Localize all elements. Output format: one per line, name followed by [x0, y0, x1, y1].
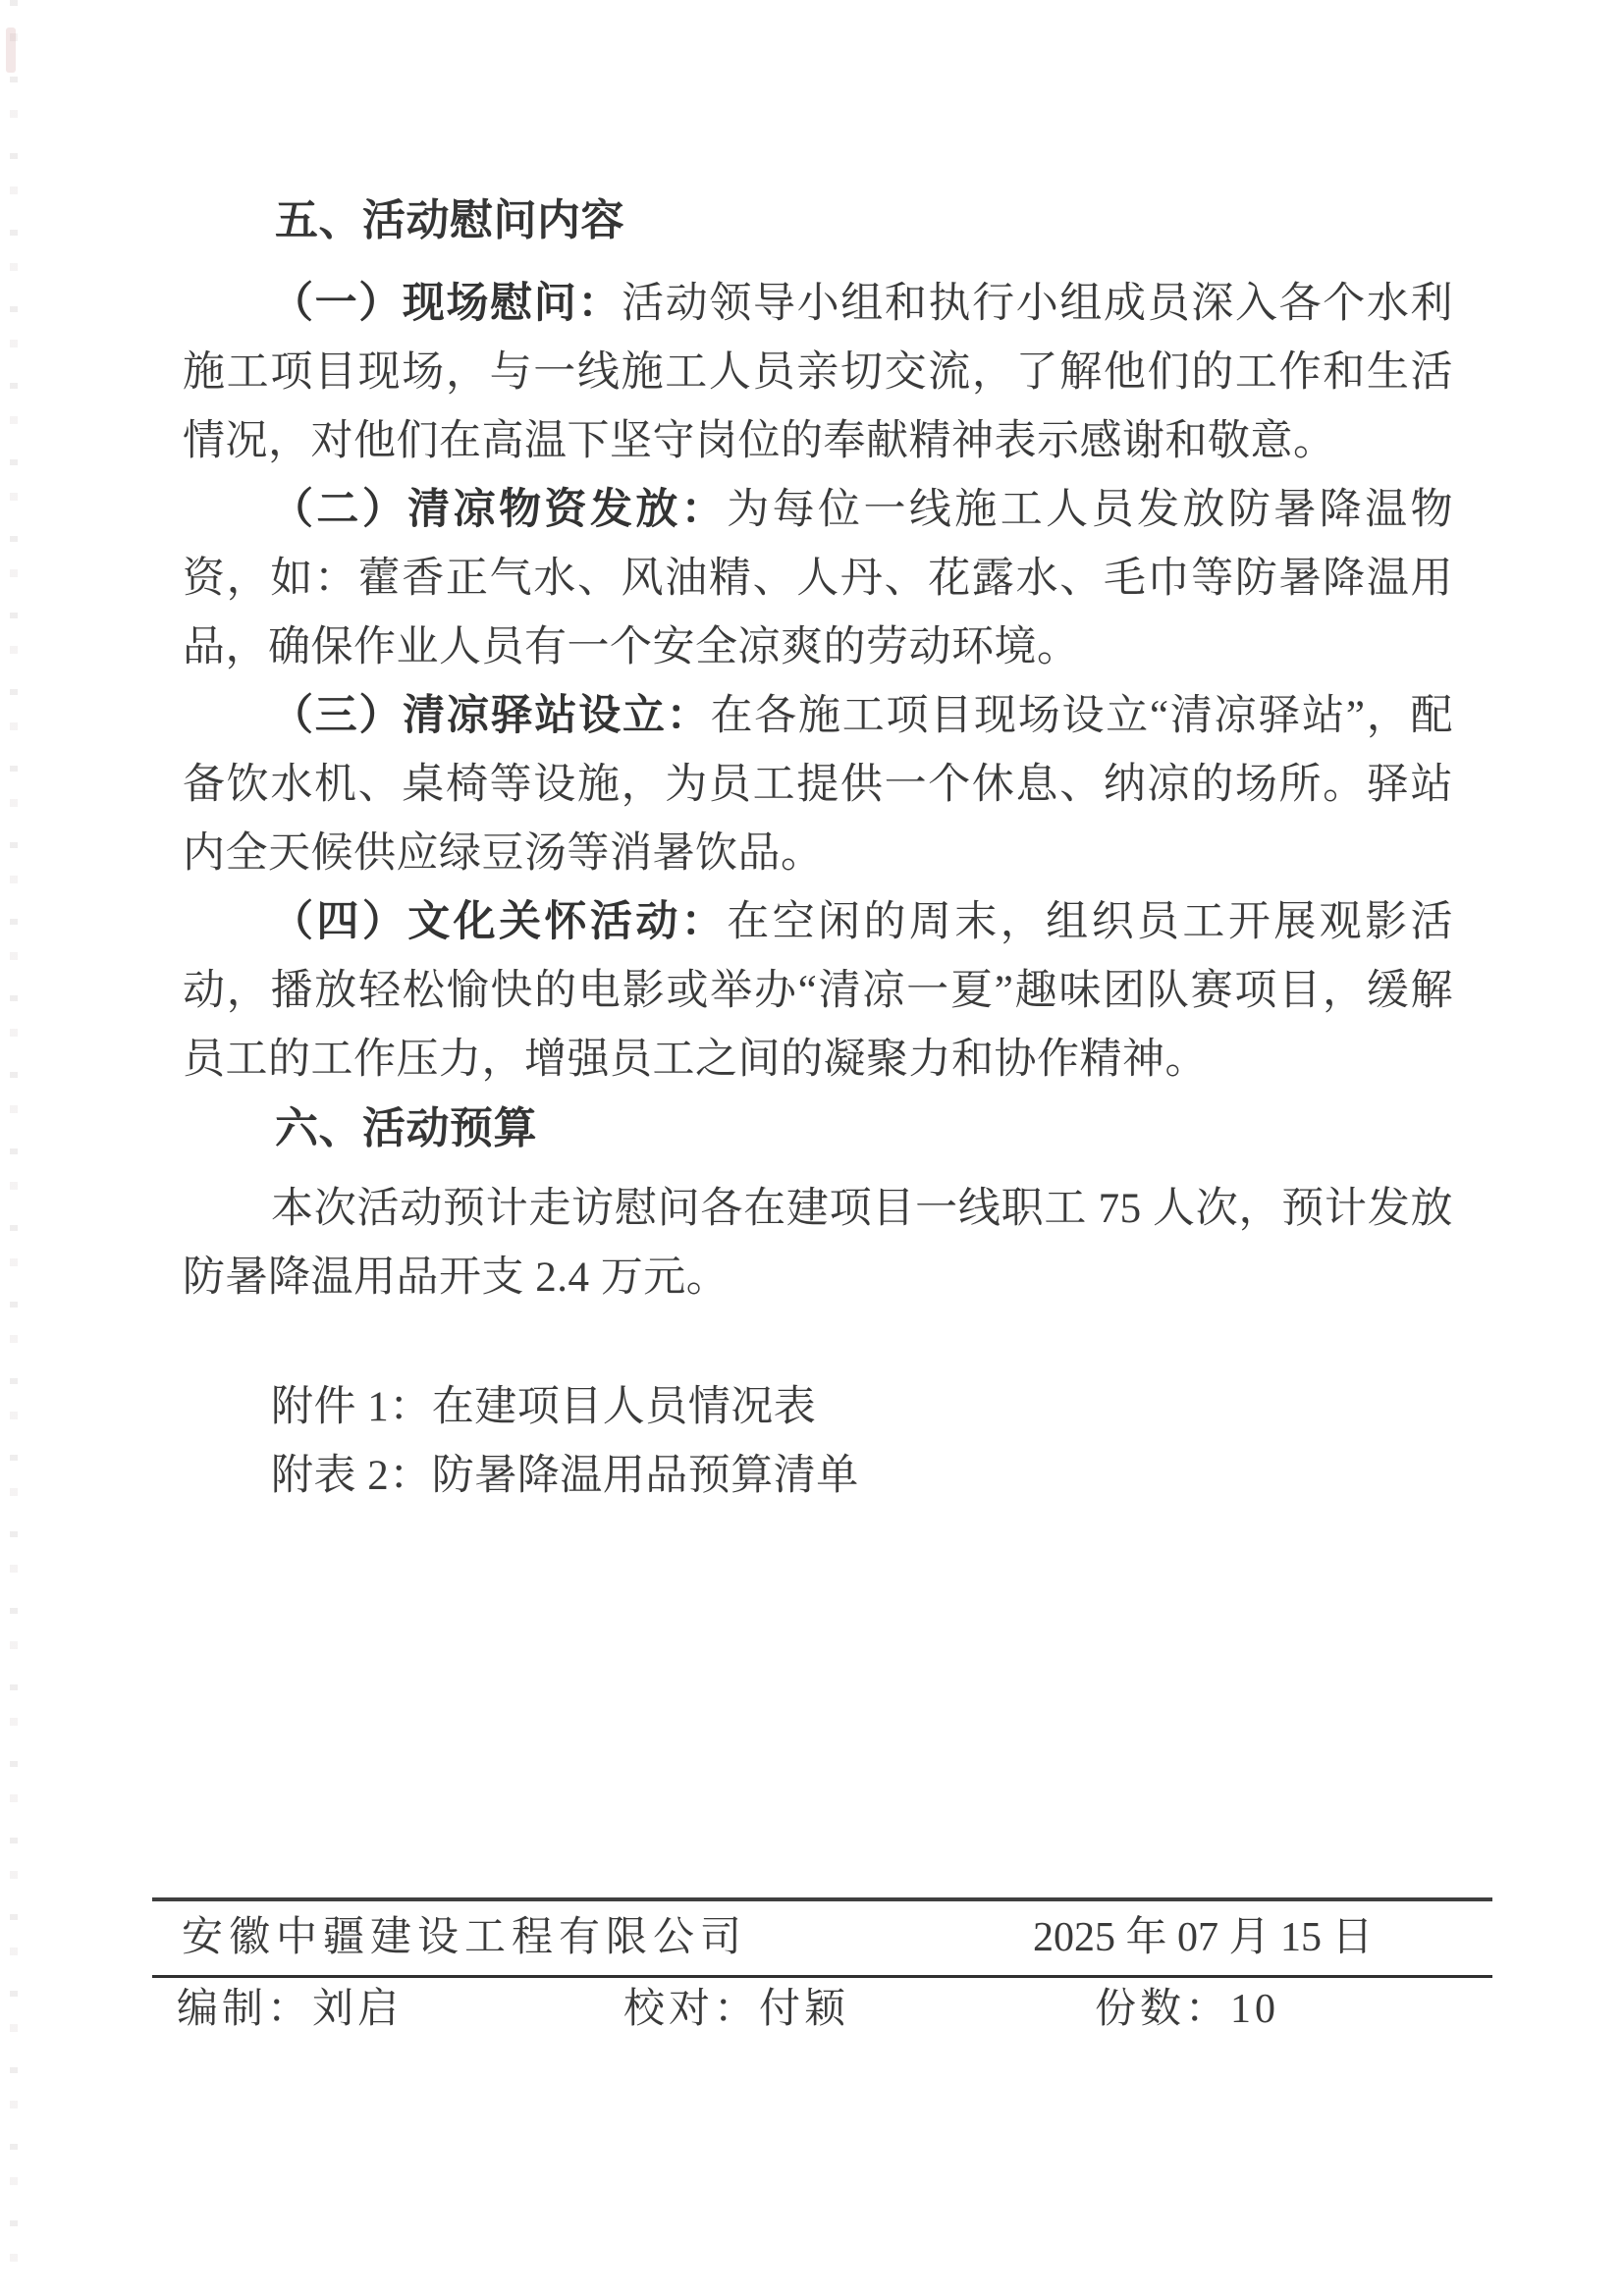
footer-date: 2025 年 07 月 15 日: [1033, 1901, 1374, 1975]
footer-copies: 份数：10: [1095, 1978, 1279, 2041]
paragraph-2-lead: （二）清凉物资发放：: [271, 487, 727, 533]
document-body: 五、活动慰问内容 （一）现场慰问：活动领导小组和执行小组成员深入各个水利施工项目…: [183, 0, 1453, 1511]
section-5-paragraph-2: （二）清凉物资发放：为每位一线施工人员发放防暑降温物资，如：藿香正气水、风油精、…: [183, 476, 1453, 682]
footer-row-credits: 编制：刘启 校对：付颖 份数：10: [152, 1978, 1492, 2047]
section-5-paragraph-4: （四）文化关怀活动：在空闲的周末，组织员工开展观影活动，播放轻松愉快的电影或举办…: [183, 888, 1453, 1095]
paragraph-1-lead: （一）现场慰问：: [271, 281, 622, 327]
section-6-paragraph: 本次活动预计走访慰问各在建项目一线职工 75 人次，预计发放防暑降温用品开支 2…: [183, 1175, 1453, 1312]
footer-company: 安徽中疆建设工程有限公司: [182, 1901, 747, 1975]
attachment-line-1: 附件 1：在建项目人员情况表: [183, 1373, 1453, 1442]
attachments-block: 附件 1：在建项目人员情况表 附表 2：防暑降温用品预算清单: [183, 1373, 1453, 1511]
paragraph-4-lead: （四）文化关怀活动：: [271, 899, 727, 945]
scan-edge-mark: [6, 27, 16, 73]
scan-edge-artifact: [10, 0, 18, 2296]
section-5-heading: 五、活动慰问内容: [183, 187, 1453, 255]
document-footer: 安徽中疆建设工程有限公司 2025 年 07 月 15 日 编制：刘启 校对：付…: [152, 1897, 1492, 2047]
section-5-paragraph-3: （三）清凉驿站设立：在各施工项目现场设立“清凉驿站”，配备饮水机、桌椅等设施，为…: [183, 682, 1453, 888]
section-5-paragraph-1: （一）现场慰问：活动领导小组和执行小组成员深入各个水利施工项目现场，与一线施工人…: [183, 270, 1453, 476]
footer-prepared-by: 编制：刘启: [177, 1978, 403, 2041]
footer-row-company: 安徽中疆建设工程有限公司 2025 年 07 月 15 日: [152, 1901, 1492, 1975]
attachment-line-2: 附表 2：防暑降温用品预算清单: [183, 1442, 1453, 1511]
section-6-heading: 六、活动预算: [183, 1095, 1453, 1163]
paragraph-3-lead: （三）清凉驿站设立：: [271, 693, 711, 739]
document-page: 五、活动慰问内容 （一）现场慰问：活动领导小组和执行小组成员深入各个水利施工项目…: [0, 0, 1623, 2296]
footer-proofread-by: 校对：付颖: [623, 1978, 849, 2041]
